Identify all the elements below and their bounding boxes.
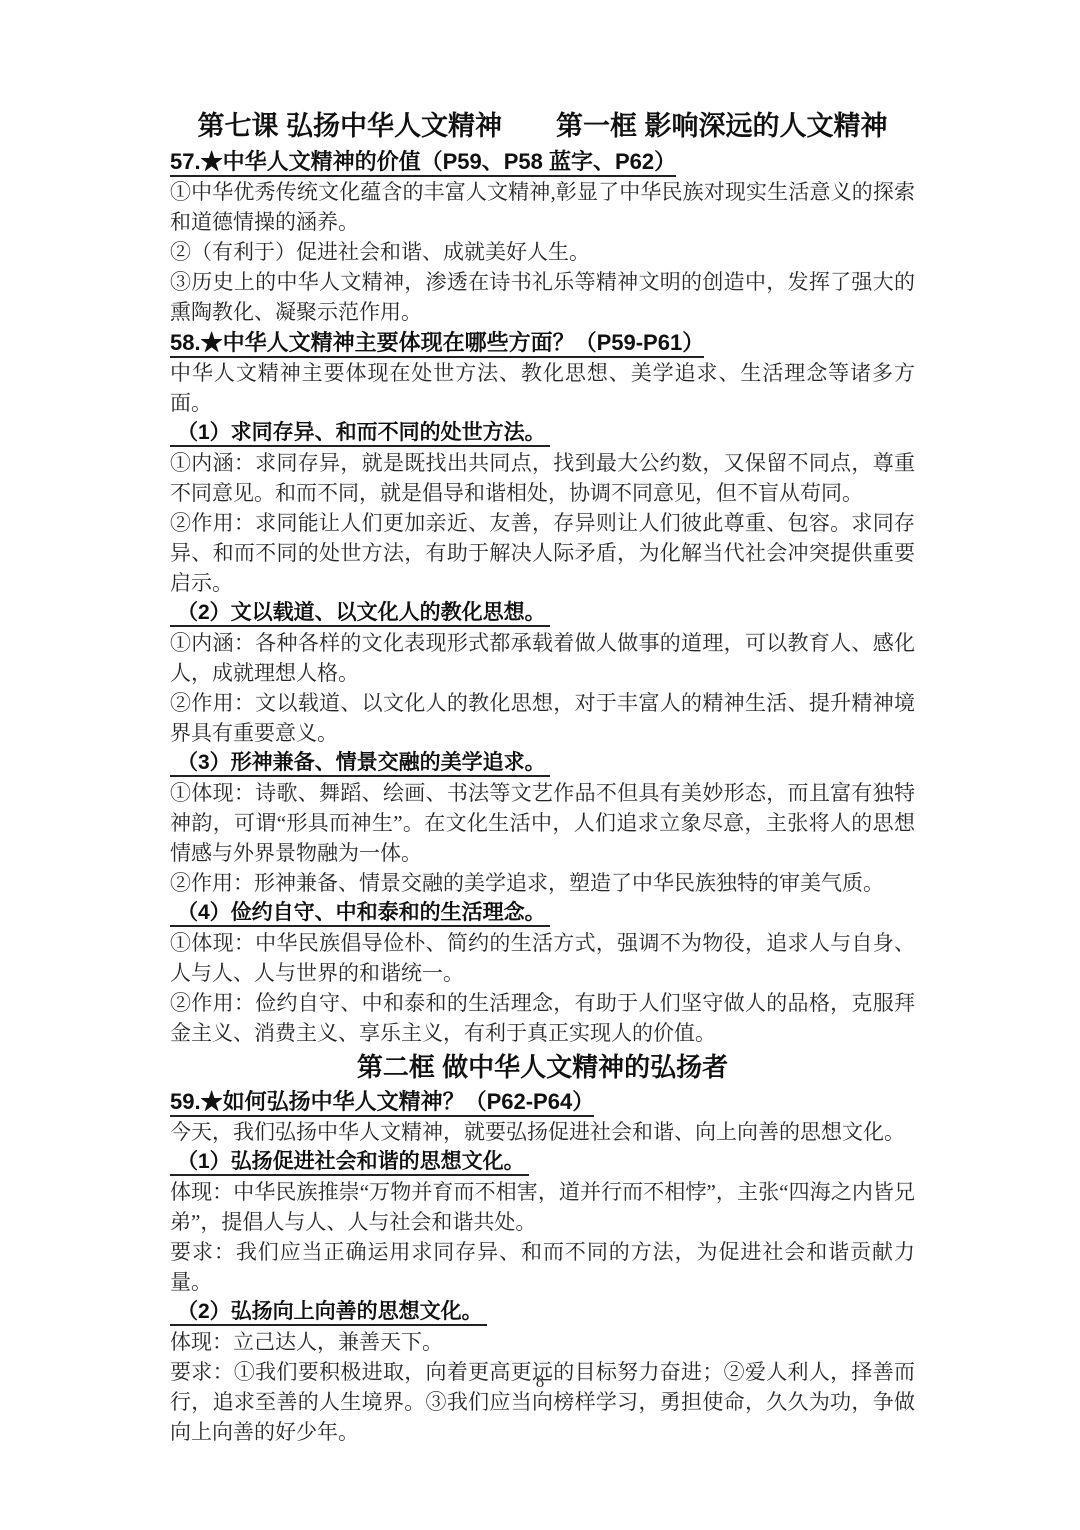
question-underlined-text: 58.★中华人文精神主要体现在哪些方面？（P59-P61） bbox=[170, 330, 704, 358]
page-number: 8 bbox=[0, 1372, 1080, 1392]
body-block: ③历史上的中华人文精神，渗透在诗书礼乐等精神文明的创造中，发挥了强大的熏陶教化、… bbox=[170, 267, 915, 327]
question-block: 57.★中华人文精神的价值（P59、P58 蓝字、P62） bbox=[170, 146, 915, 177]
title-block: 第七课 弘扬中华人文精神 第一框 影响深远的人文精神 bbox=[170, 106, 915, 146]
body-block: ②（有利于）促进社会和谐、成就美好人生。 bbox=[170, 237, 915, 267]
body-block: 中华人文精神主要体现在处世方法、教化思想、美学追求、生活理念等诸多方面。 bbox=[170, 358, 915, 418]
question-block: 59.★如何弘扬中华人文精神？（P62-P64） bbox=[170, 1086, 915, 1117]
question-block: 58.★中华人文精神主要体现在哪些方面？（P59-P61） bbox=[170, 327, 915, 358]
body-block: 要求：我们应当正确运用求同存异、和而不同的方法，为促进社会和谐贡献力量。 bbox=[170, 1237, 915, 1297]
subheading-underlined-text: （4）俭约自守、中和泰和的生活理念。 bbox=[170, 901, 550, 927]
subheading-block: （2）弘扬向上向善的思想文化。 bbox=[170, 1297, 915, 1327]
subheading-block: （3）形神兼备、情景交融的美学追求。 bbox=[170, 748, 915, 778]
body-block: ②作用：求同能让人们更加亲近、友善，存异则让人们彼此尊重、包容。求同存异、和而不… bbox=[170, 508, 915, 598]
body-block: ①内涵：求同存异，就是既找出共同点，找到最大公约数，又保留不同点，尊重不同意见。… bbox=[170, 448, 915, 508]
question-underlined-text: 59.★如何弘扬中华人文精神？（P62-P64） bbox=[170, 1089, 594, 1117]
document-page: 第七课 弘扬中华人文精神 第一框 影响深远的人文精神57.★中华人文精神的价值（… bbox=[0, 0, 1080, 1530]
subheading-underlined-text: （3）形神兼备、情景交融的美学追求。 bbox=[170, 751, 550, 777]
subheading-block: （1）弘扬促进社会和谐的思想文化。 bbox=[170, 1147, 915, 1177]
question-underlined-text: 57.★中华人文精神的价值（P59、P58 蓝字、P62） bbox=[170, 149, 676, 177]
body-block: ①体现：中华民族倡导俭朴、简约的生活方式，强调不为物役，追求人与自身、人与人、人… bbox=[170, 928, 915, 988]
subheading-block: （2）文以载道、以文化人的教化思想。 bbox=[170, 598, 915, 628]
body-block: 体现：中华民族推崇“万物并育而不相害，道并行而不相悖”，主张“四海之内皆兄弟”，… bbox=[170, 1177, 915, 1237]
subheading-underlined-text: （1）弘扬促进社会和谐的思想文化。 bbox=[170, 1150, 529, 1176]
document-blocks: 第七课 弘扬中华人文精神 第一框 影响深远的人文精神57.★中华人文精神的价值（… bbox=[170, 106, 915, 1447]
body-block: ①内涵：各种各样的文化表现形式都承载着做人做事的道理，可以教育人、感化人，成就理… bbox=[170, 628, 915, 688]
body-block: ②作用：形神兼备、情景交融的美学追求，塑造了中华民族独特的审美气质。 bbox=[170, 868, 915, 898]
subheading-underlined-text: （2）文以载道、以文化人的教化思想。 bbox=[170, 601, 550, 627]
body-block: 今天，我们弘扬中华人文精神，就要弘扬促进社会和谐、向上向善的思想文化。 bbox=[170, 1117, 915, 1147]
body-block: ②作用：文以载道、以文化人的教化思想，对于丰富人的精神生活、提升精神境界具有重要… bbox=[170, 688, 915, 748]
subheading-underlined-text: （1）求同存异、和而不同的处世方法。 bbox=[170, 421, 550, 447]
body-block: 体现：立己达人，兼善天下。 bbox=[170, 1327, 915, 1357]
body-block: ①中华优秀传统文化蕴含的丰富人文精神,彰显了中华民族对现实生活意义的探索和道德情… bbox=[170, 177, 915, 237]
subheading-block: （1）求同存异、和而不同的处世方法。 bbox=[170, 418, 915, 448]
section-title-block: 第二框 做中华人文精神的弘扬者 bbox=[170, 1048, 915, 1086]
body-block: ②作用：俭约自守、中和泰和的生活理念，有助于人们坚守做人的品格，克服拜金主义、消… bbox=[170, 988, 915, 1048]
subheading-block: （4）俭约自守、中和泰和的生活理念。 bbox=[170, 898, 915, 928]
body-block: ①体现：诗歌、舞蹈、绘画、书法等文艺作品不但具有美妙形态，而且富有独特神韵，可谓… bbox=[170, 778, 915, 868]
subheading-underlined-text: （2）弘扬向上向善的思想文化。 bbox=[170, 1300, 487, 1326]
body-block: 要求：①我们要积极进取，向着更高更远的目标努力奋进；②爱人利人，择善而行，追求至… bbox=[170, 1357, 915, 1447]
